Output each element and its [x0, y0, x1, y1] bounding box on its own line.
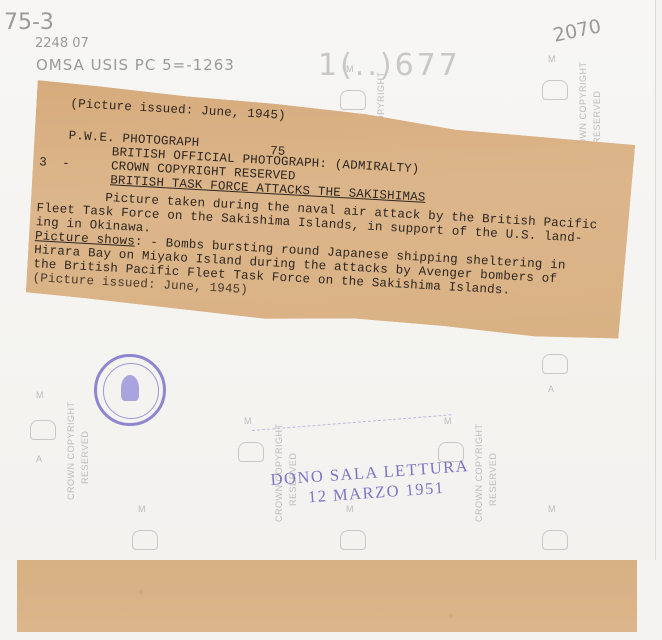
watermark-text-2: RESERVED: [80, 431, 91, 484]
watermark-text: CROWN COPYRIGHT: [66, 402, 77, 501]
crown-icon: [340, 90, 366, 110]
crown-icon: [30, 420, 56, 440]
crown-copyright-watermark: A M: [540, 320, 610, 440]
pencil-note-faint: 1(..)677: [318, 48, 461, 83]
crown-icon: [542, 80, 568, 100]
crown-copyright-watermark: A M CROWN COPYRIGHT RESERVED: [28, 390, 98, 510]
crown-icon: [542, 530, 568, 550]
bottom-edge: [0, 632, 662, 640]
watermark-letter-m: M: [346, 504, 354, 514]
watermark-letter-m: M: [548, 504, 556, 514]
watermark-letter-m: M: [138, 504, 146, 514]
pencil-note-archive-code: OMSA USIS PC 5=-1263: [36, 56, 235, 74]
crown-icon: [132, 530, 158, 550]
watermark-text-2: RESERVED: [592, 91, 603, 144]
watermark-letter-a: A: [36, 454, 42, 464]
brown-mount-strip: [17, 560, 637, 640]
watermark-letter-m: M: [36, 390, 44, 400]
crown-icon: [542, 354, 568, 374]
pencil-note-number: 2248 07: [35, 36, 89, 51]
item-marker: 3 -: [39, 155, 71, 171]
watermark-text: CROWN COPYRIGHT: [474, 424, 485, 523]
circular-seal-stamp: [94, 354, 166, 426]
crown-icon: [238, 442, 264, 462]
watermark-letter-a: A: [548, 384, 554, 394]
crown-icon: [340, 530, 366, 550]
watermark-letter-m: M: [548, 54, 556, 64]
watermark-letter-m: M: [244, 416, 252, 426]
pencil-note-reference: 75-3: [4, 10, 54, 35]
seal-emblem-icon: [121, 375, 139, 401]
watermark-text-2: RESERVED: [488, 453, 499, 506]
watermark-letter-m: M: [444, 416, 452, 426]
